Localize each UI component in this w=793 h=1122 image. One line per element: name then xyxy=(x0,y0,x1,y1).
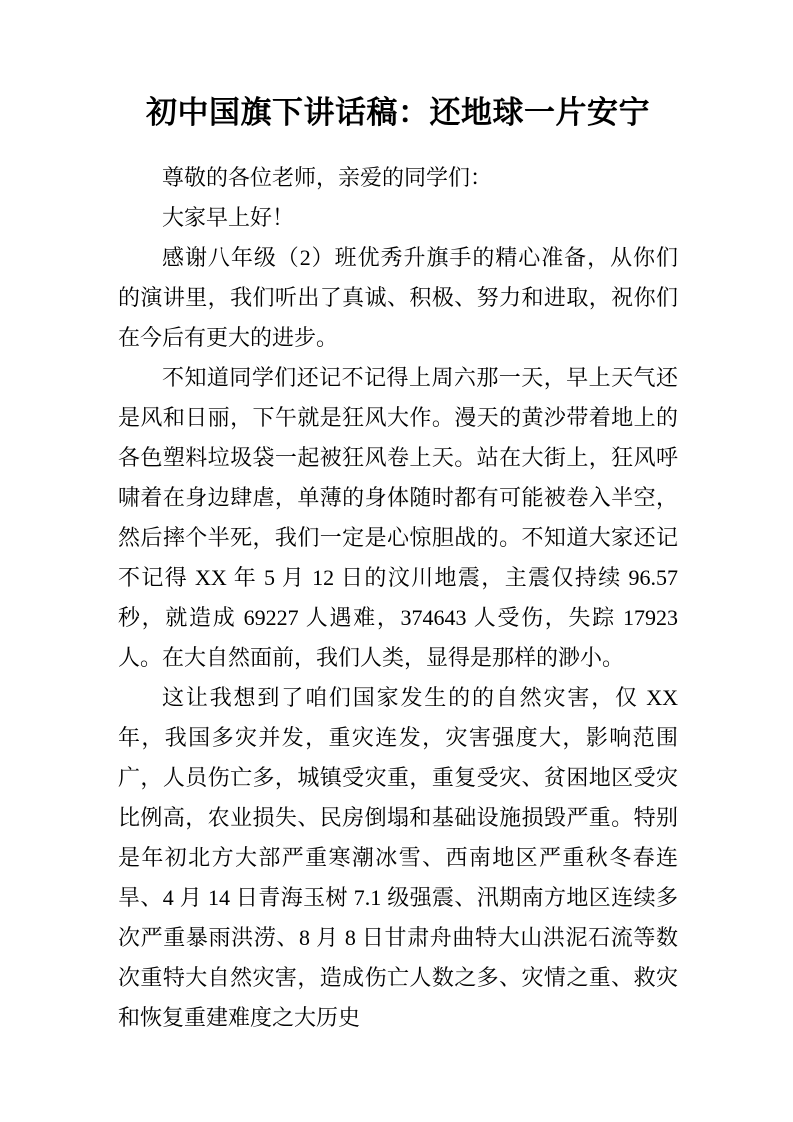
paragraph-greeting: 大家早上好！ xyxy=(118,198,678,238)
paragraph-disasters: 这让我想到了咱们国家发生的的自然灾害，仅 XX 年，我国多灾并发，重灾连发，灾害… xyxy=(118,678,678,1038)
document-body: 尊敬的各位老师，亲爱的同学们： 大家早上好！ 感谢八年级（2）班优秀升旗手的精心… xyxy=(118,158,678,1038)
document-title: 初中国旗下讲话稿：还地球一片安宁 xyxy=(118,88,678,138)
paragraph-thanks: 感谢八年级（2）班优秀升旗手的精心准备，从你们的演讲里，我们听出了真诚、积极、努… xyxy=(118,238,678,358)
paragraph-salutation: 尊敬的各位老师，亲爱的同学们： xyxy=(118,158,678,198)
paragraph-windstorm-earthquake: 不知道同学们还记不记得上周六那一天，早上天气还是风和日丽，下午就是狂风大作。漫天… xyxy=(118,358,678,678)
document-page: 初中国旗下讲话稿：还地球一片安宁 尊敬的各位老师，亲爱的同学们： 大家早上好！ … xyxy=(0,0,793,1122)
